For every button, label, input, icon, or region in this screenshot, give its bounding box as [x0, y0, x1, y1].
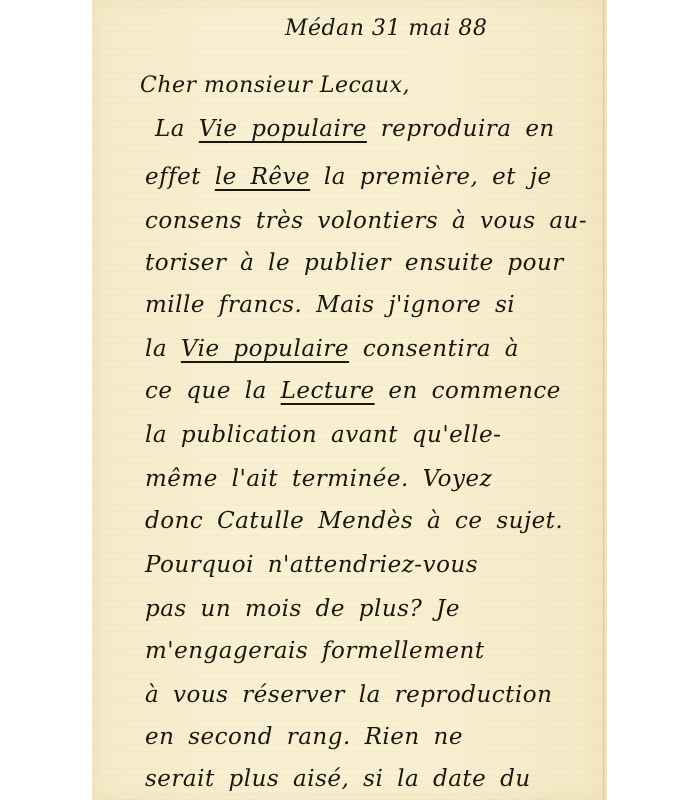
line-text: m'engagerais formellement — [145, 638, 485, 664]
line-text: ce que la — [145, 378, 281, 404]
letter-line: ce que la Lecture en commence — [145, 378, 561, 404]
line-text: la publication avant qu'elle- — [145, 422, 501, 448]
letter-line: consens très volontiers à vous au- — [145, 208, 587, 234]
letter-line: à vous réserver la reproduction — [145, 682, 552, 708]
line-text: serait plus aisé, si la date du — [145, 766, 531, 792]
underlined-title: Vie populaire — [181, 336, 349, 362]
line-text: reproduira en — [367, 116, 555, 142]
line-text: la première, et je — [310, 164, 551, 190]
line-text: consentira à — [349, 336, 519, 362]
line-text: effet — [145, 164, 215, 190]
line-text: pas un mois de plus? Je — [145, 596, 460, 622]
letter-line: Pourquoi n'attendriez-vous — [145, 552, 478, 578]
underlined-title: le Rêve — [215, 164, 310, 190]
letter-line: la publication avant qu'elle- — [145, 422, 501, 448]
line-text: Pourquoi n'attendriez-vous — [145, 552, 478, 578]
line-text: à vous réserver la reproduction — [145, 682, 552, 708]
letter-line: pas un mois de plus? Je — [145, 596, 460, 622]
scan-canvas: Médan 31 mai 88 Cher monsieur Lecaux, La… — [0, 0, 700, 800]
line-text: en second rang. Rien ne — [145, 724, 463, 750]
letter-line: même l'ait terminée. Voyez — [145, 466, 492, 492]
letter-line: mille francs. Mais j'ignore si — [145, 292, 515, 318]
line-text: en commence — [375, 378, 561, 404]
letter-line: La Vie populaire reproduira en — [155, 116, 555, 142]
line-text: La — [155, 116, 199, 142]
letter-salutation: Cher monsieur Lecaux, — [140, 73, 410, 98]
underlined-title: Lecture — [281, 378, 375, 404]
line-text: consens très volontiers à vous au- — [145, 208, 587, 234]
line-text: toriser à le publier ensuite pour — [145, 250, 564, 276]
line-text: même l'ait terminée. Voyez — [145, 466, 492, 492]
letter-line: en second rang. Rien ne — [145, 724, 463, 750]
letter-page: Médan 31 mai 88 Cher monsieur Lecaux, La… — [92, 0, 607, 800]
line-text: mille francs. Mais j'ignore si — [145, 292, 515, 318]
line-text: la — [145, 336, 181, 362]
line-text: donc Catulle Mendès à ce sujet. — [145, 508, 563, 534]
letter-line: donc Catulle Mendès à ce sujet. — [145, 508, 563, 534]
letter-line: m'engagerais formellement — [145, 638, 485, 664]
letter-line: effet le Rêve la première, et je — [145, 164, 552, 190]
letter-dateline: Médan 31 mai 88 — [285, 16, 487, 41]
letter-line: serait plus aisé, si la date du — [145, 766, 531, 792]
letter-line: toriser à le publier ensuite pour — [145, 250, 564, 276]
fold-line — [603, 0, 604, 800]
underlined-title: Vie populaire — [199, 116, 367, 142]
letter-line: la Vie populaire consentira à — [145, 336, 519, 362]
